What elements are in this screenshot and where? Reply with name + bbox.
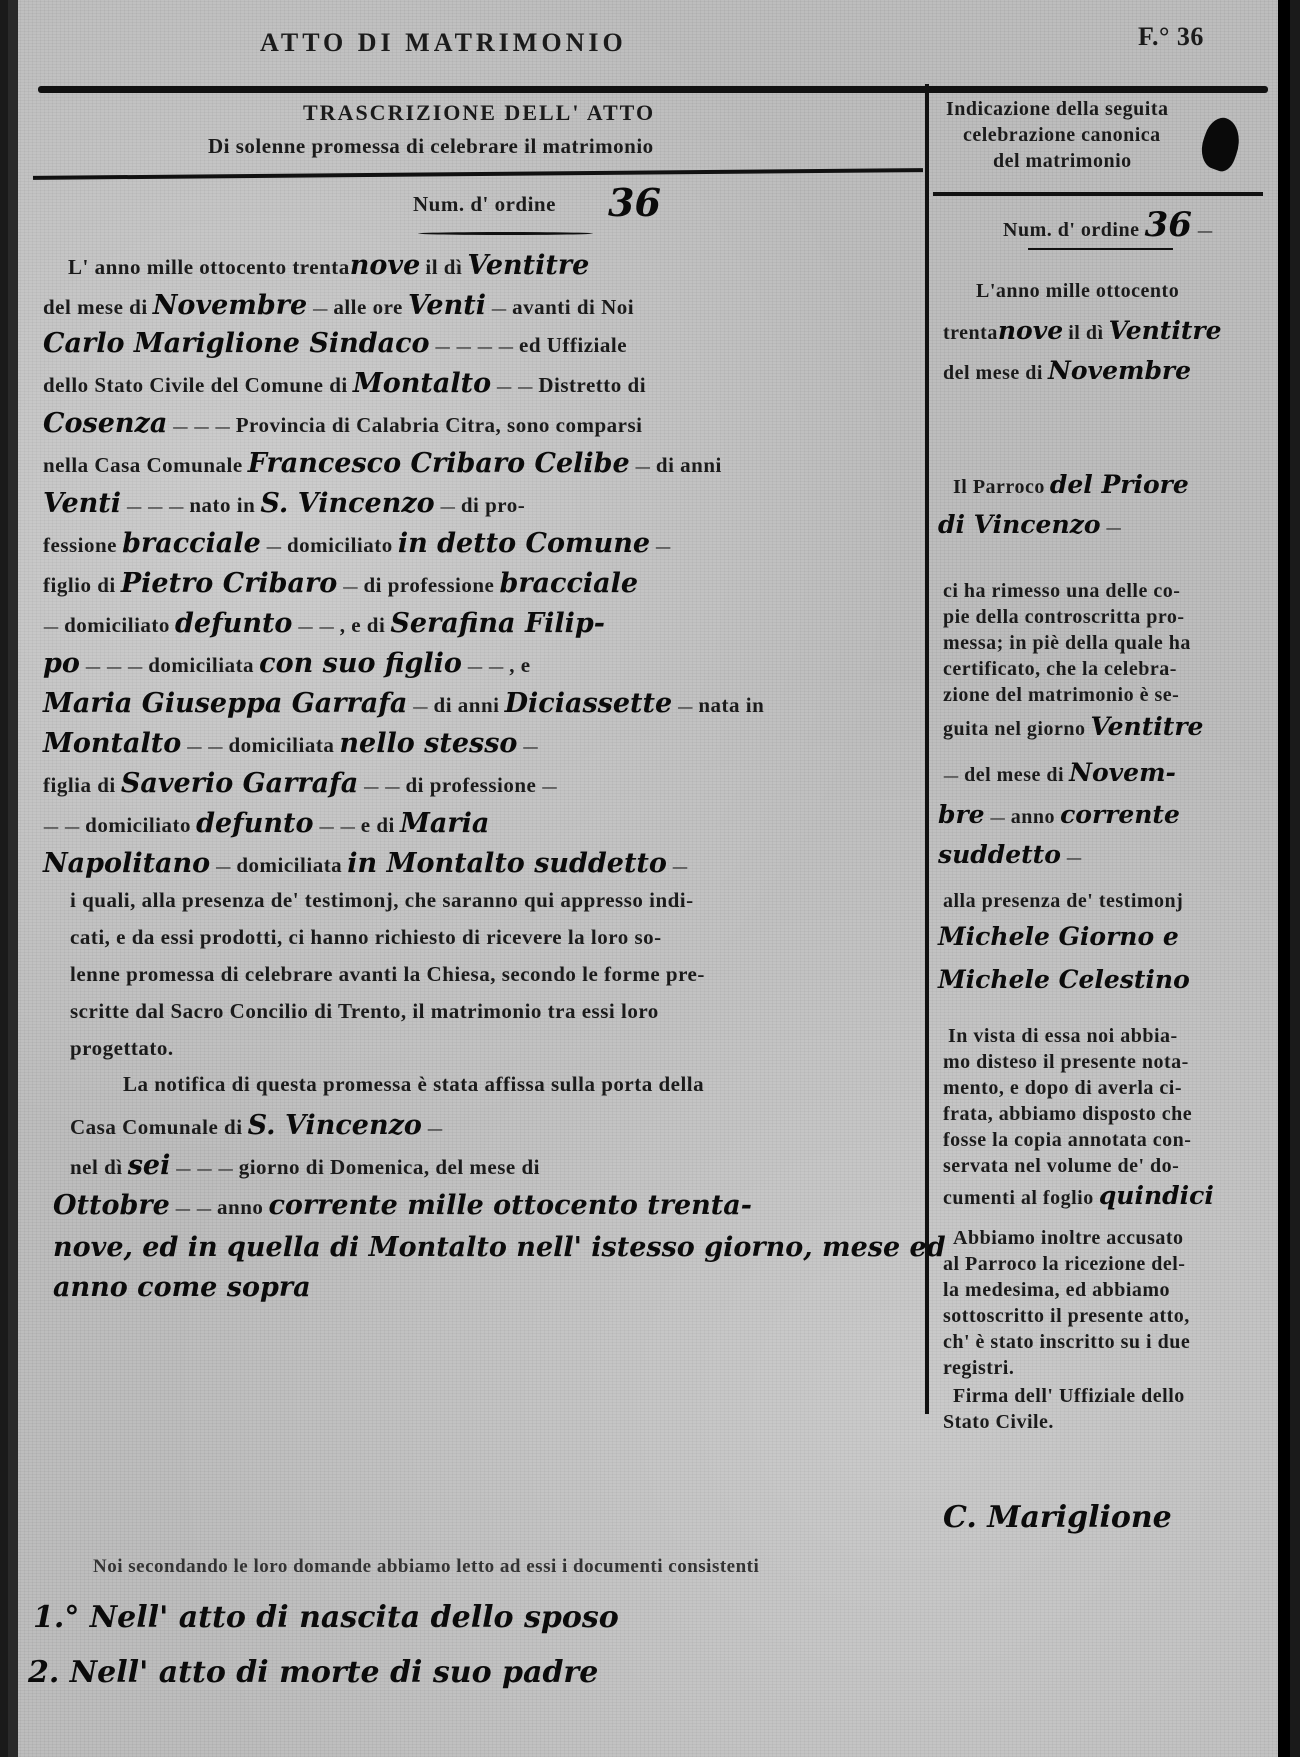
right-mese-line: — del mese di Novem- [943,758,1176,787]
right-paragraph-line: zione del matrimonio è se- [943,684,1179,707]
form-line-5: Cosenza — — — Provincia di Calabria Citr… [43,408,642,439]
witness-2: Michele Celestino [938,965,1190,994]
paragraph-line: lenne promessa di celebrare avanti la Ch… [70,962,705,987]
right-paragraph-line: certificato, che la celebra- [943,658,1177,681]
paragraph-line: scritte dal Sacro Concilio di Trento, il… [70,999,659,1024]
witness-1: Michele Giorno e [938,922,1179,951]
notice-line-5: nove, ed in quella di Montalto nell' ist… [53,1232,946,1263]
signature-label-line: Firma dell' Uffiziale dello [953,1385,1185,1408]
document-title: ATTO DI MATRIMONIO [260,28,627,58]
right-heading-line: celebrazione canonica [963,124,1161,147]
right-seguita-line: guita nel giorno Ventitre [943,712,1203,741]
right-month-line: del mese di Novembre [943,356,1191,385]
right-paragraph-3-line: registri. [943,1357,1014,1380]
right-heading-rule [933,192,1263,196]
right-paragraph-3-line: al Parroco la ricezione del- [943,1253,1185,1276]
left-order-label: Num. d' ordine [413,192,556,217]
signature-label-line: Stato Civile. [943,1411,1054,1434]
left-heading: TRASCRIZIONE DELL' ATTO [303,100,655,126]
notice-line-1: La notifica di questa promessa è stata a… [123,1072,704,1097]
right-heading-line: Indicazione della seguita [946,98,1169,121]
right-paragraph-line: messa; in piè della quale ha [943,632,1191,655]
form-line-1: L' anno mille ottocento trentanove il dì… [68,250,589,281]
folio-number: F.° 36 [1138,22,1204,52]
right-paragraph-line: pie della controscritta pro- [943,606,1185,629]
form-line-12: Maria Giuseppa Garrafa — di anni Diciass… [43,688,764,719]
form-line-15: — — domiciliato defunto — — e di Maria [43,808,489,839]
right-paragraph-2-line: mento, e dopo di averla ci- [943,1077,1182,1100]
right-paragraph-3-line: Abbiamo inoltre accusato [953,1227,1184,1250]
right-paragraph-2-line: In vista di essa noi abbia- [948,1025,1178,1048]
right-parroco-line-2: di Vincenzo — [938,510,1122,539]
right-order-rule [1028,248,1173,250]
paragraph-line: cati, e da essi prodotti, ci hanno richi… [70,925,662,950]
header-rule [38,86,1268,93]
right-paragraph-2-line: frata, abbiamo disposto che [943,1103,1192,1126]
footer-hand-line-1: 1.° Nell' atto di nascita dello sposo [33,1600,619,1635]
form-line-13: Montalto — — domiciliata nello stesso — [43,728,539,759]
notice-line-3: nel dì sei — — — giorno di Domenica, del… [70,1150,540,1181]
paragraph-line: progettato. [70,1036,174,1061]
right-paragraph-3-line: ch' è stato inscritto su i due [943,1331,1190,1354]
right-paragraph-2-line: mo disteso il presente nota- [943,1051,1189,1074]
right-order: Num. d' ordine 36 — [1003,205,1213,245]
form-line-14: figlia di Saverio Garrafa — — di profess… [43,768,557,799]
column-divider [925,84,929,1414]
paragraph-line: i quali, alla presenza de' testimonj, ch… [70,888,694,913]
notice-line-4: Ottobre — — anno corrente mille ottocent… [53,1190,752,1221]
form-line-8: fessione bracciale — domiciliato in dett… [43,528,671,559]
form-line-9: figlio di Pietro Cribaro — di profession… [43,568,638,599]
right-year-line-1: L'anno mille ottocento [976,280,1179,303]
right-suddetto-line: suddetto — [938,840,1082,869]
notice-line-2: Casa Comunale di S. Vincenzo — [70,1110,443,1141]
left-heading-rule [33,168,923,180]
form-line-10: — domiciliato defunto — — , e di Serafin… [43,608,605,639]
right-heading-line: del matrimonio [993,150,1132,173]
right-paragraph-2-line: fosse la copia annotata con- [943,1129,1191,1152]
notice-line-6: anno come sopra [53,1272,311,1303]
form-line-11: po — — — domiciliata con suo figlio — — … [43,648,531,679]
document-page: ATTO DI MATRIMONIO F.° 36 TRASCRIZIONE D… [8,0,1290,1757]
right-paragraph-line: ci ha rimesso una delle co- [943,580,1180,603]
right-anno-line: bre — anno corrente [938,800,1180,829]
form-line-4: dello Stato Civile del Comune di Montalt… [43,368,646,399]
right-witness-label: alla presenza de' testimonj [943,890,1183,913]
right-paragraph-3-line: sottoscritto il presente atto, [943,1305,1190,1328]
right-paragraph-3-line: la medesima, ed abbiamo [943,1279,1170,1302]
left-order-number: 36 [608,180,661,225]
footer-printed-line: Noi secondando le loro domande abbiamo l… [93,1556,759,1578]
right-year-line-2: trentanove il dì Ventitre [943,316,1221,345]
right-foglio-line: cumenti al foglio quindici [943,1181,1214,1210]
form-line-16: Napolitano — domiciliata in Montalto sud… [43,848,688,879]
form-line-7: Venti — — — nato in S. Vincenzo — di pro… [43,488,525,519]
form-line-6: nella Casa Comunale Francesco Cribaro Ce… [43,448,722,479]
ink-blot [1195,113,1247,174]
form-line-3: Carlo Mariglione Sindaco — — — — ed Uffi… [43,328,627,359]
ornament-flourish [418,232,593,235]
footer-hand-line-2: 2. Nell' atto di morte di suo padre [28,1655,598,1690]
scan-border-right [1278,0,1290,1757]
official-signature: C. Mariglione [943,1500,1172,1535]
form-line-2: del mese di Novembre — alle ore Venti — … [43,290,634,321]
left-subheading: Di solenne promessa di celebrare il matr… [208,134,654,159]
right-paragraph-2-line: servata nel volume de' do- [943,1155,1179,1178]
scan-border-left [8,0,18,1757]
right-parroco-line: Il Parroco del Priore [953,470,1189,499]
